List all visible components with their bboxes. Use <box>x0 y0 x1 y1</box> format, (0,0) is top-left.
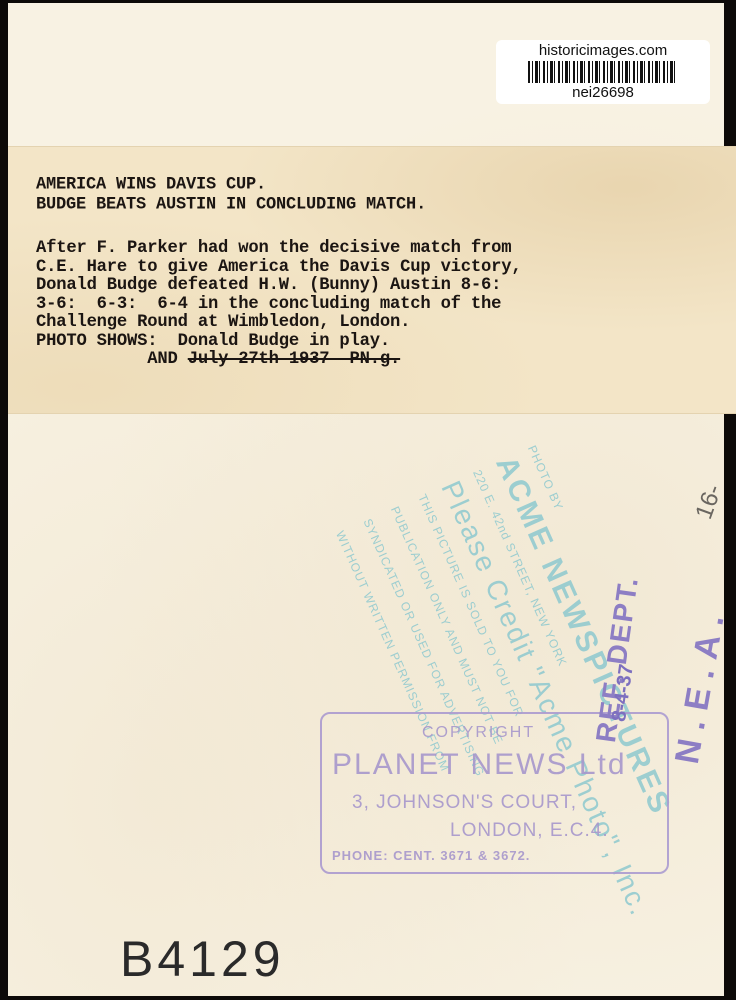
barcode-id-text: nei26698 <box>572 85 634 101</box>
and-label: AND <box>147 350 177 369</box>
headline-line-2: BUDGE BEATS AUSTIN IN CONCLUDING MATCH. <box>36 195 426 215</box>
body-line: 3-6: 6-3: 6-4 in the concluding match of… <box>36 296 521 315</box>
body-line: Donald Budge defeated H.W. (Bunny) Austi… <box>36 277 521 296</box>
headline-line-1: AMERICA WINS DAVIS CUP. <box>36 175 426 195</box>
planet-copyright: COPYRIGHT <box>422 724 535 742</box>
date-line: AND July 27th 1937 PN.g. <box>36 351 521 370</box>
planet-name: PLANET NEWS Ltd <box>332 748 627 782</box>
caption-headline: AMERICA WINS DAVIS CUP.BUDGE BEATS AUSTI… <box>36 175 426 215</box>
date-value: July 27th 1937 PN.g. <box>188 350 400 369</box>
planet-address: 3, JOHNSON'S COURT, <box>352 792 577 814</box>
body-line: Challenge Round at Wimbledon, London. <box>36 314 521 333</box>
photo-shows-line: PHOTO SHOWS: Donald Budge in play. <box>36 333 521 352</box>
barcode-label: historicimages.com nei26698 <box>496 40 710 104</box>
body-line: After F. Parker had won the decisive mat… <box>36 240 521 259</box>
caption-body: After F. Parker had won the decisive mat… <box>36 240 521 370</box>
barcode-icon <box>528 61 678 83</box>
barcode-site-text: historicimages.com <box>539 43 667 59</box>
photo-shows-value: Donald Budge in play. <box>178 332 390 351</box>
planet-phone: PHONE: CENT. 3671 & 3672. <box>332 848 530 863</box>
handwritten-ref-number: B4129 <box>120 930 285 988</box>
photo-shows-label: PHOTO SHOWS: <box>36 332 157 351</box>
planet-city: LONDON, E.C.4. <box>450 820 609 842</box>
body-line: C.E. Hare to give America the Davis Cup … <box>36 259 521 278</box>
